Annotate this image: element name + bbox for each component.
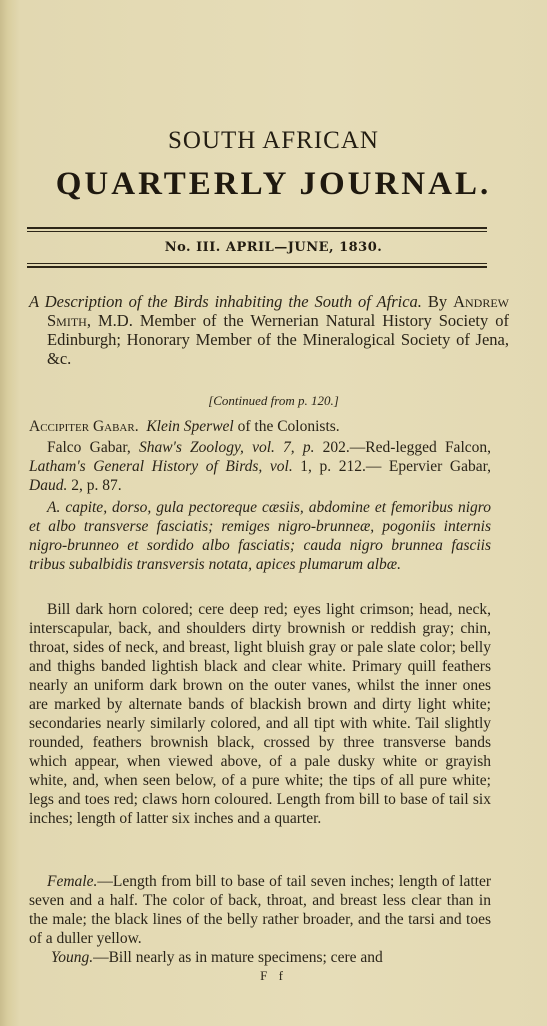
- young-label: Young.: [51, 949, 93, 966]
- female-description: Female.—Length from bill to base of tail…: [29, 872, 491, 948]
- journal-title-line1: SOUTH AFRICAN: [0, 127, 547, 155]
- female-text: —Length from bill to base of tail seven …: [29, 873, 491, 947]
- syn-5: 1, p. 212.— Epervier Gabar,: [293, 458, 491, 475]
- male-description: Bill dark horn colored; cere deep red; e…: [29, 600, 491, 828]
- female-label: Female.: [47, 873, 97, 890]
- journal-title-line2: QUARTERLY JOURNAL.: [0, 166, 547, 203]
- syn-6: Daud.: [29, 477, 67, 494]
- species-heading: Accipiter Gabar. Klein Sperwel of the Co…: [29, 417, 491, 436]
- syn-4: Latham's General History of Birds, vol.: [29, 458, 293, 475]
- article-title: A Description of the Birds inhabiting th…: [29, 292, 422, 311]
- continued-note: [Continued from p. 120.]: [0, 393, 547, 409]
- young-description: Young.—Bill nearly as in mature specimen…: [29, 948, 491, 967]
- double-rule-top: [27, 227, 487, 232]
- species-common-name: Klein Sperwel: [146, 418, 233, 435]
- syn-3: 202.—Red-legged Falcon,: [315, 439, 492, 456]
- species-name: Accipiter Gabar.: [29, 418, 139, 435]
- syn-2: Shaw's Zoology, vol. 7, p.: [139, 439, 315, 456]
- double-rule-bottom: [27, 263, 487, 268]
- heading-by: By: [422, 292, 453, 311]
- species-common-rest: of the Colonists.: [234, 418, 340, 435]
- author-credentials: , M.D. Member of the Wernerian Natural H…: [47, 311, 509, 368]
- article-heading: A Description of the Birds inhabiting th…: [29, 292, 509, 368]
- syn-7: 2, p. 87.: [67, 477, 121, 494]
- young-text: —Bill nearly as in mature specimens; cer…: [93, 949, 383, 966]
- signature-mark: F f: [0, 968, 547, 984]
- synonymy-paragraph: Falco Gabar, Shaw's Zoology, vol. 7, p. …: [29, 438, 491, 495]
- issue-line: No. III. APRIL—JUNE, 1830.: [0, 240, 547, 255]
- syn-1: Falco Gabar,: [47, 439, 139, 456]
- journal-page: SOUTH AFRICAN QUARTERLY JOURNAL. No. III…: [0, 0, 547, 1026]
- latin-diagnosis: A. capite, dorso, gula pectoreque cæsiis…: [29, 498, 491, 574]
